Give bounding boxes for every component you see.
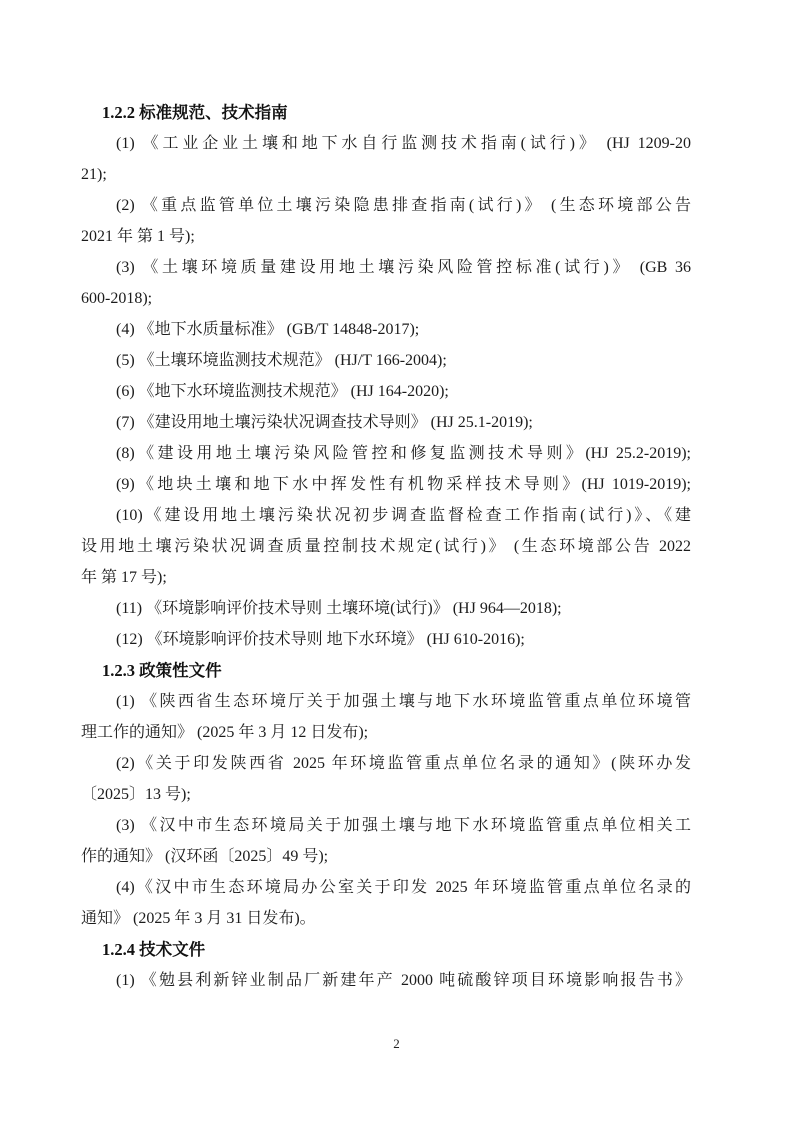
paragraph-line: (12) 《环境影响评价技术导则 地下水环境》 (HJ 610-2016);: [81, 624, 691, 655]
paragraph-line: (7) 《建设用地土壤污染状况调查技术导则》 (HJ 25.1-2019);: [81, 407, 691, 438]
paragraph-line: (1) 《勉县利新锌业制品厂新建年产 2000 吨硫酸锌项目环境影响报告书》: [81, 965, 691, 996]
paragraph-line: (6) 《地下水环境监测技术规范》 (HJ 164-2020);: [81, 376, 691, 407]
paragraph-line: (8)《建设用地土壤污染风险管控和修复监测技术导则》(HJ 25.2-2019)…: [81, 438, 691, 469]
paragraph-line: 21);: [81, 159, 691, 190]
paragraph-line: (3) 《土壤环境质量建设用地土壤污染风险管控标准(试行)》 (GB 36: [81, 252, 691, 283]
paragraph-line: (1) 《工业企业土壤和地下水自行监测技术指南(试行)》 (HJ 1209-20: [81, 128, 691, 159]
paragraph-line: 〔2025〕13 号);: [81, 779, 691, 810]
paragraph-line: 设用地土壤污染状况调查质量控制技术规定(试行)》 (生态环境部公告 2022: [81, 531, 691, 562]
paragraph-line: 理工作的通知》 (2025 年 3 月 12 日发布);: [81, 717, 691, 748]
paragraph-line: (4) 《地下水质量标准》 (GB/T 14848-2017);: [81, 314, 691, 345]
section-heading: 1.2.4 技术文件: [102, 934, 691, 965]
paragraph-line: 年 第 17 号);: [81, 562, 691, 593]
paragraph-line: (3) 《汉中市生态环境局关于加强土壤与地下水环境监管重点单位相关工: [81, 810, 691, 841]
page-number: 2: [393, 1036, 400, 1051]
page-footer: 2: [0, 1034, 793, 1054]
paragraph-line: (2) 《重点监管单位土壤污染隐患排查指南(试行)》 (生态环境部公告: [81, 190, 691, 221]
paragraph-line: (9)《地块土壤和地下水中挥发性有机物采样技术导则》(HJ 1019-2019)…: [81, 469, 691, 500]
document-body: 1.2.2 标准规范、技术指南(1) 《工业企业土壤和地下水自行监测技术指南(试…: [81, 97, 691, 996]
document-page: 1.2.2 标准规范、技术指南(1) 《工业企业土壤和地下水自行监测技术指南(试…: [0, 0, 793, 1122]
paragraph-line: (5) 《土壤环境监测技术规范》 (HJ/T 166-2004);: [81, 345, 691, 376]
paragraph-line: 600-2018);: [81, 283, 691, 314]
paragraph-line: 2021 年 第 1 号);: [81, 221, 691, 252]
paragraph-line: (10)《建设用地土壤污染状况初步调查监督检查工作指南(试行)》、《建: [81, 500, 691, 531]
section-heading: 1.2.3 政策性文件: [102, 655, 691, 686]
paragraph-line: (1) 《陕西省生态环境厅关于加强土壤与地下水环境监管重点单位环境管: [81, 686, 691, 717]
section-heading: 1.2.2 标准规范、技术指南: [102, 97, 691, 128]
paragraph-line: (2)《关于印发陕西省 2025 年环境监管重点单位名录的通知》(陕环办发: [81, 748, 691, 779]
paragraph-line: (4)《汉中市生态环境局办公室关于印发 2025 年环境监管重点单位名录的: [81, 872, 691, 903]
paragraph-line: 通知》 (2025 年 3 月 31 日发布)。: [81, 903, 691, 934]
paragraph-line: (11) 《环境影响评价技术导则 土壤环境(试行)》 (HJ 964—2018)…: [81, 593, 691, 624]
paragraph-line: 作的通知》 (汉环函〔2025〕49 号);: [81, 841, 691, 872]
